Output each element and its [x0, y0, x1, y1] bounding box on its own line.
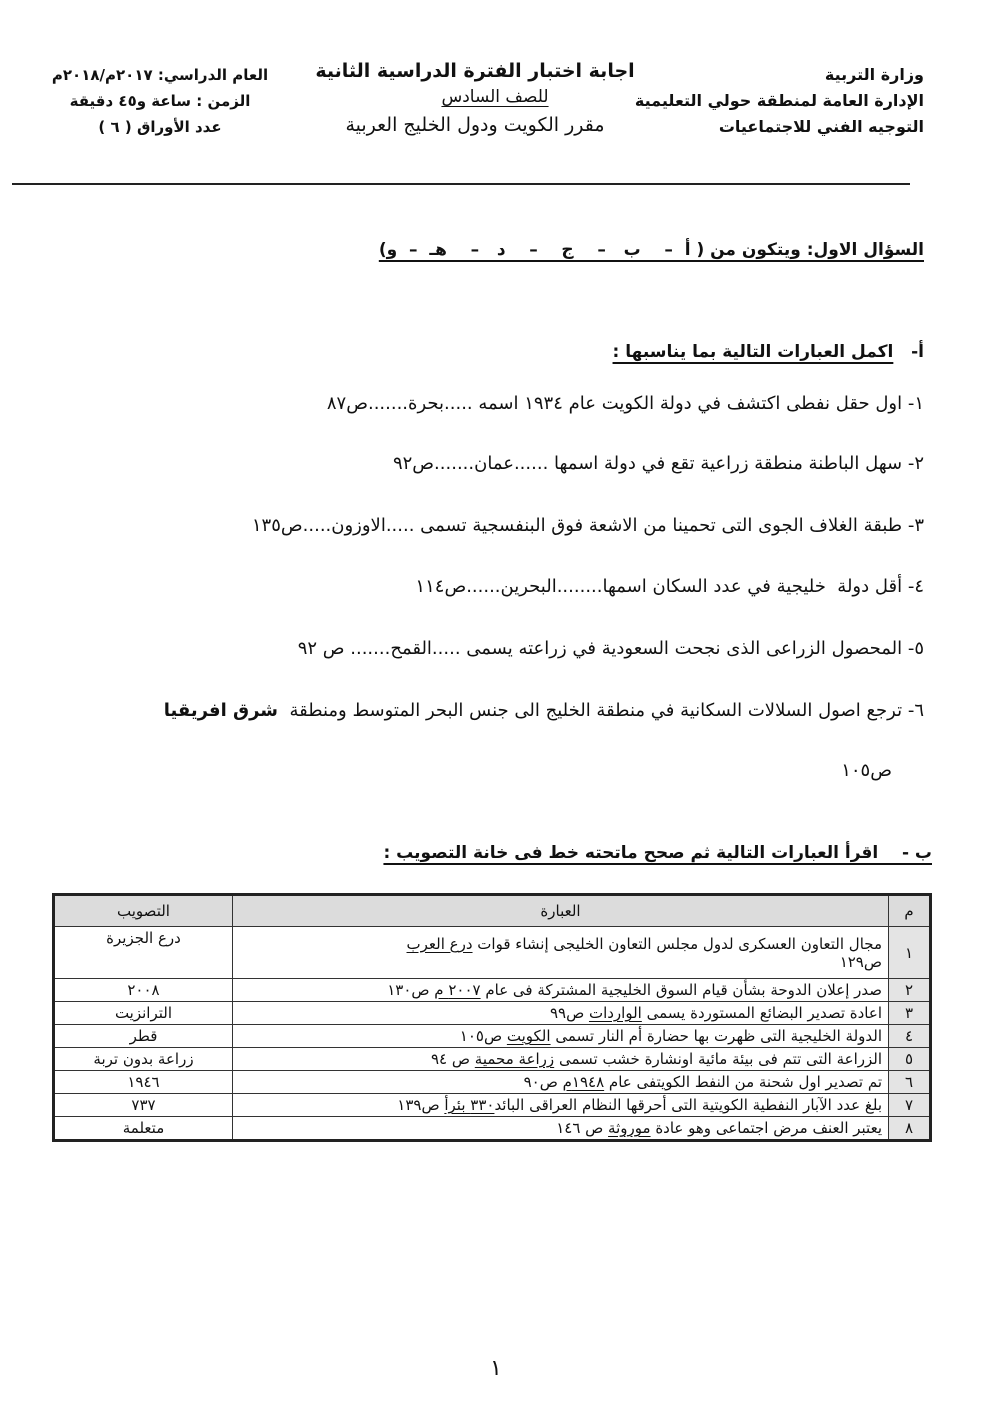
underlined-error: موروثة — [608, 1119, 651, 1137]
table-row: ٥ الزراعة التى تتم فى بيئة مائية اونشارة… — [54, 1048, 931, 1071]
statement-text: بلغ عدد الآبار النفطية الكويتية التى أحر… — [494, 1096, 882, 1114]
fill-item-5: ٥- المحصول الزراعى الذى نجحت السعودية في… — [298, 638, 924, 659]
statement-text: يعتبر العنف مرض اجتماعى وهو عادة — [651, 1119, 882, 1137]
row-number: ٥ — [889, 1048, 931, 1071]
statement-page: ص ٩٤ — [431, 1050, 475, 1068]
underlined-error: ٢٠٠٧ م — [434, 981, 480, 999]
row-correction: قطر — [54, 1025, 233, 1048]
row-number: ٢ — [889, 979, 931, 1002]
statement-text: الدولة الخليجية التى ظهرت بها حضارة أم ا… — [551, 1027, 882, 1045]
exam-duration: الزمن : ساعة و٤٥ دقيقة — [30, 88, 290, 114]
statement-page: ص١٣٠ — [387, 981, 434, 999]
fill-item-6-page: ص١٠٥ — [841, 760, 892, 781]
statement-text: مجال التعاون العسكرى لدول مجلس التعاون ا… — [473, 935, 882, 953]
table-row: ٤ الدولة الخليجية التى ظهرت بها حضارة أم… — [54, 1025, 931, 1048]
row-correction: الترانزيت — [54, 1002, 233, 1025]
row-correction: درع الجزيرة — [54, 927, 233, 979]
table-row: ٢ صدر إعلان الدوحة بشأن قيام السوق الخلي… — [54, 979, 931, 1002]
statement-text: الزراعة التى تتم فى بيئة مائية اونشارة خ… — [554, 1050, 882, 1068]
section-a-letter: أ- — [911, 342, 924, 362]
statement-page: ص١٠٥ — [460, 1027, 507, 1045]
fill-item-4: ٤- أقل دولة خليجية في عدد السكان اسمها..… — [415, 576, 924, 597]
row-number: ٧ — [889, 1094, 931, 1117]
statement-page: ص ١٤٦ — [556, 1119, 608, 1137]
question-title: السؤال الاول: ويتكون من ( أ – ب – ج – د … — [379, 240, 924, 260]
row-statement: صدر إعلان الدوحة بشأن قيام السوق الخليجي… — [233, 979, 889, 1002]
row-correction: زراعة بدون تربة — [54, 1048, 233, 1071]
header-title-block: اجابة اختبار الفترة الدراسية الثانية للص… — [300, 58, 650, 140]
section-b-heading: ب - اقرأ العبارات التالية ثم صحح ماتحته … — [383, 843, 932, 863]
row-statement: الدولة الخليجية التى ظهرت بها حضارة أم ا… — [233, 1025, 889, 1048]
fill-item-3: ٣- طبقة الغلاف الجوى التى تحمينا من الاش… — [252, 515, 924, 536]
row-statement: تم تصدير اول شحنة من النفط الكويتفى عام … — [233, 1071, 889, 1094]
underlined-error: ١٩٤٨م — [563, 1073, 605, 1091]
header-info-block: العام الدراسي: ٢٠١٧م/٢٠١٨م الزمن : ساعة … — [30, 62, 290, 140]
underlined-error: الواردات — [589, 1004, 642, 1022]
section-a-heading: أ- اكمل العبارات التالية بما يناسبها : — [613, 342, 924, 362]
row-number: ٣ — [889, 1002, 931, 1025]
page-number: ١ — [490, 1356, 502, 1381]
table-row: ٨ يعتبر العنف مرض اجتماعى وهو عادة موروث… — [54, 1117, 931, 1141]
row-correction: ٧٣٧ — [54, 1094, 233, 1117]
row-statement: يعتبر العنف مرض اجتماعى وهو عادة موروثة … — [233, 1117, 889, 1141]
row-correction: متعلمة — [54, 1117, 233, 1141]
academic-year: العام الدراسي: ٢٠١٧م/٢٠١٨م — [30, 62, 290, 88]
fill-item-6-text: ٦- ترجع اصول السلالات السكانية في منطقة … — [278, 700, 924, 721]
statement-page: ص١٣٩ — [397, 1096, 444, 1114]
row-statement: مجال التعاون العسكرى لدول مجلس التعاون ا… — [233, 927, 889, 979]
exam-title: اجابة اختبار الفترة الدراسية الثانية — [300, 58, 650, 84]
underlined-error: درع العرب — [407, 935, 473, 953]
statement-text: تم تصدير اول شحنة من النفط الكويتفى عام — [604, 1073, 882, 1091]
row-statement: بلغ عدد الآبار النفطية الكويتية التى أحر… — [233, 1094, 889, 1117]
statement-text: اعادة تصدير البضائع المستوردة يسمى — [642, 1004, 882, 1022]
row-statement: اعادة تصدير البضائع المستوردة يسمى الوار… — [233, 1002, 889, 1025]
row-number: ١ — [889, 927, 931, 979]
section-a-title: اكمل العبارات التالية بما يناسبها : — [613, 342, 894, 362]
statement-page: ص٩٩ — [550, 1004, 589, 1022]
underlined-error: زراعة محمية — [475, 1050, 554, 1068]
statement-page: ص١٢٩ — [840, 953, 882, 971]
row-correction: ٢٠٠٨ — [54, 979, 233, 1002]
row-statement: الزراعة التى تتم فى بيئة مائية اونشارة خ… — [233, 1048, 889, 1071]
col-header-correction: التصويب — [54, 895, 233, 927]
row-number: ٤ — [889, 1025, 931, 1048]
page-count: عدد الأوراق ( ٦ ) — [30, 114, 290, 140]
underlined-error: ٣٣٠ بئرأ — [444, 1096, 494, 1114]
fill-item-1: ١- اول حقل نفطى اكتشف في دولة الكويت عام… — [327, 393, 924, 414]
statement-text: صدر إعلان الدوحة بشأن قيام السوق الخليجي… — [481, 981, 882, 999]
underlined-error: الكويت — [507, 1027, 551, 1045]
col-header-num: م — [889, 895, 931, 927]
grade-label: للصف السادس — [300, 84, 650, 110]
table-row: ٦ تم تصدير اول شحنة من النفط الكويتفى عا… — [54, 1071, 931, 1094]
table-row: ٣ اعادة تصدير البضائع المستوردة يسمى الو… — [54, 1002, 931, 1025]
fill-item-6-answer: شرق افريقيا — [164, 700, 278, 721]
col-header-statement: العبارة — [233, 895, 889, 927]
course-name: مقرر الكويت ودول الخليج العربية — [300, 110, 650, 140]
correction-table: م العبارة التصويب ١ مجال التعاون العسكرى… — [52, 893, 932, 1142]
row-number: ٨ — [889, 1117, 931, 1141]
row-correction: ١٩٤٦ — [54, 1071, 233, 1094]
statement-page: ص٩٠ — [524, 1073, 563, 1091]
row-number: ٦ — [889, 1071, 931, 1094]
fill-item-6: ٦- ترجع اصول السلالات السكانية في منطقة … — [164, 700, 924, 721]
table-row: ١ مجال التعاون العسكرى لدول مجلس التعاون… — [54, 927, 931, 979]
table-row: ٧ بلغ عدد الآبار النفطية الكويتية التى أ… — [54, 1094, 931, 1117]
header-divider — [12, 183, 910, 185]
fill-item-2: ٢- سهل الباطنة منطقة زراعية تقع في دولة … — [393, 453, 924, 474]
table-header-row: م العبارة التصويب — [54, 895, 931, 927]
